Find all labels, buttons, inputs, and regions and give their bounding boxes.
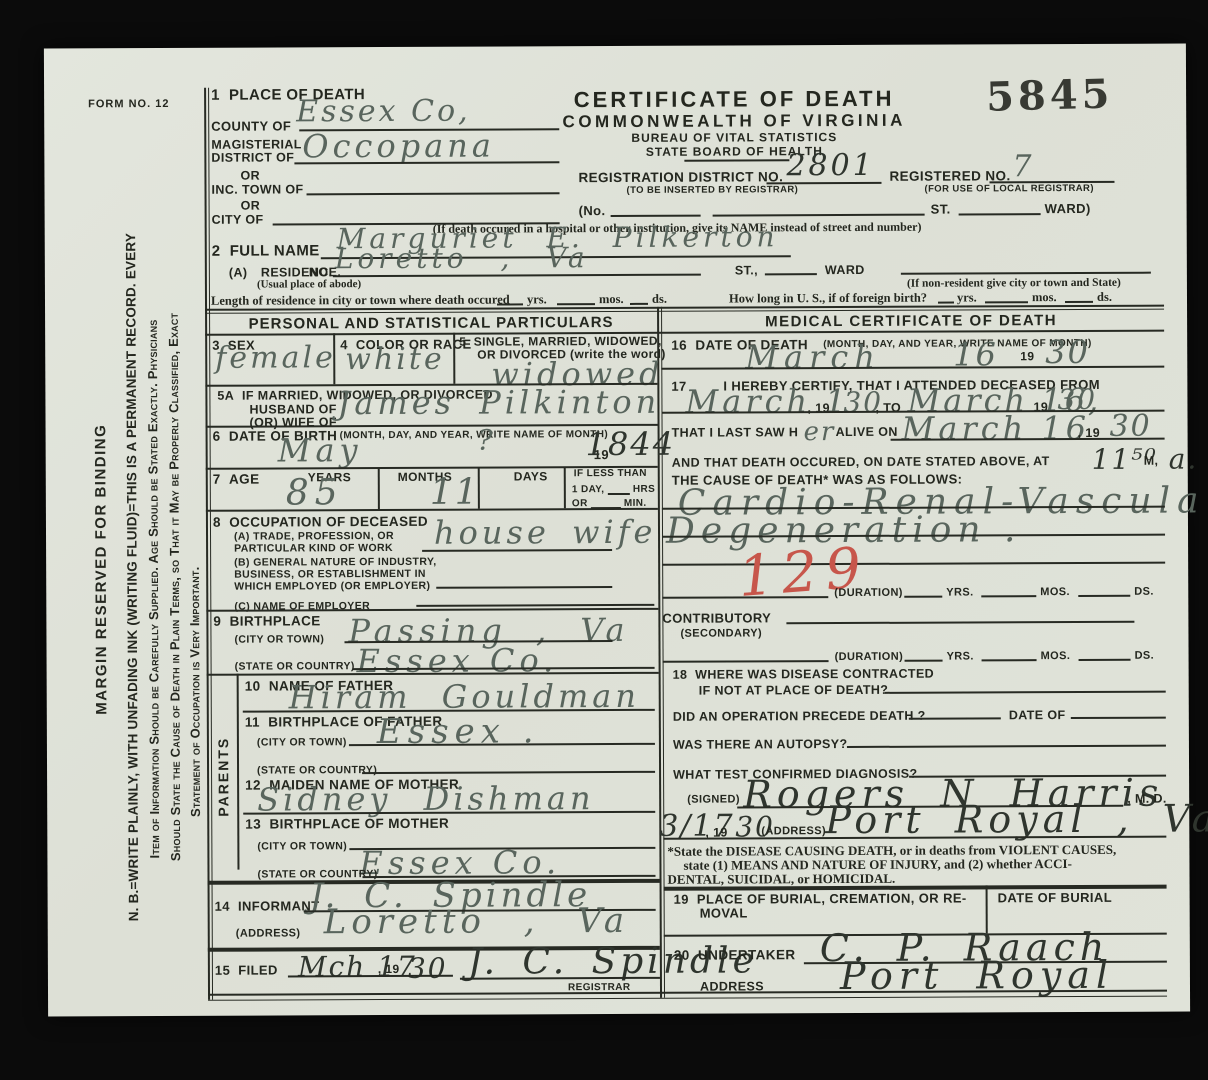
underline [847,745,1166,748]
how-long-in-us-label: How long in U. S., if of foreign birth? [729,292,927,307]
city-of-label: CITY OF [212,213,264,227]
birthplace-heading: 9 BIRTHPLACE [213,613,320,629]
underline [416,604,654,607]
field-number: 5A [217,389,234,403]
undertaker-label: UNDERTAKER [698,947,796,962]
local-registrar-note: (FOR USE OF LOCAL REGISTRAR) [924,184,1093,195]
secondary-label: (SECONDARY) [680,627,762,640]
mos-label: mos. [1032,291,1057,305]
occupation-b-label3: WHICH EMPLOYED (OR EMPLOYER) [234,581,430,594]
birthplace-label: BIRTHPLACE [230,613,321,628]
age-years-value: 85 [286,475,344,511]
certificate-number-stamp: 5845 [986,71,1114,121]
residence-street-label: ST., [735,263,758,277]
margin-note-line1: N. B.=WRITE PLAINLY, WITH UNFADING INK (… [123,233,141,921]
footnote-line3: DENTAL, SUICIDAL, or HOMICIDAL. [667,872,895,887]
section-number: 1 [211,87,220,104]
to-label: , TO [875,401,901,415]
underline [713,214,925,217]
field-number: 15 [215,963,230,978]
residence-no-label: NO. [309,265,332,279]
yrs-label: yrs. [957,291,977,305]
or-label: OR [240,169,260,183]
underline [630,303,648,305]
duration2-mos-label: MOS. [1041,650,1071,662]
last-saw-label2: ALIVE ON [836,425,898,439]
mother-birthplace-label: BIRTHPLACE OF MOTHER [269,816,449,832]
underline [436,586,612,588]
field-number: 10 [245,679,261,694]
father-state-label: (STATE OR COUNTRY) [257,765,377,777]
field-number: 20 [674,948,690,963]
column-divider [661,307,666,998]
underline [1065,301,1093,303]
duration-ds-label: DS. [1134,586,1154,598]
occupation-label: OCCUPATION OF DECEASED [229,514,428,530]
underline [333,274,701,277]
field-number: 6 [213,429,221,444]
certificate-title: CERTIFICATE OF DEATH [574,87,895,113]
residence-value: Loretto , Va [335,244,589,273]
registration-district-label: REGISTRATION DISTRICT NO. [578,169,783,185]
birthplace-state-label: (STATE OR COUNTRY) [235,661,355,673]
underline [959,213,1041,215]
full-name-label: FULL NAME [230,242,320,259]
date-of-burial-label: DATE OF BURIAL [998,891,1112,906]
father-city-label: (CITY OR TOWN) [257,737,347,749]
age-months-value: 11 [430,475,480,511]
scanned-death-certificate: FORM NO. 12 MARGIN RESERVED FOR BINDING … [0,0,1208,1080]
underline [981,595,1036,597]
mother-birthplace-heading: 13 BIRTHPLACE OF MOTHER [245,816,449,832]
margin-binding-text: MARGIN RESERVED FOR BINDING [93,424,111,715]
time-m-label: M, [1144,454,1159,468]
district-of-label: DISTRICT OF [211,150,294,164]
duration2-yrs-label: YRS. [947,650,974,662]
duration2-ds-label: DS. [1135,650,1155,662]
parents-label: PARENTS [216,737,232,817]
underline [1078,595,1130,597]
underline [684,159,789,161]
dob-year-value: 1844 [586,428,676,460]
underline [786,621,1134,624]
death-year-prefix: 19 [1020,350,1034,363]
underline [982,659,1037,661]
one-day-label: 1 DAY, [572,484,605,495]
disease-contracted-label: WHERE WAS DISEASE CONTRACTED [695,667,934,682]
undertaker-heading: 20 UNDERTAKER [674,947,796,963]
age-label: AGE [229,472,260,487]
signature-address-label: (ADDRESS) [761,825,826,838]
duration-mos-label: MOS. [1040,586,1070,598]
margin-note-line4: Statement of Occupation is Very Importan… [188,567,204,818]
underline [557,303,595,305]
underline [1079,659,1131,661]
occupation-value: house wife [434,516,657,549]
underline [909,717,1001,719]
signed-label: (SIGNED) [687,793,740,806]
underline [885,691,1166,694]
medical-certificate-title: MEDICAL CERTIFICATE OF DEATH [765,313,1057,331]
field-number: 5 [459,335,466,349]
county-label: COUNTY OF [211,119,291,134]
physician-address-value: Port Royal , Va [825,799,1208,839]
dob-day-value: ? [478,427,495,455]
underline [985,301,1028,303]
registrar-insert-note: (TO BE INSERTED BY REGISTRAR) [626,185,798,196]
nonresident-note: (If non-resident give city or town and S… [907,277,1121,291]
last-saw-her: er [804,419,836,445]
autopsy-label: WAS THERE AN AUTOPSY? [673,737,848,752]
race-value: white [345,345,445,375]
from-year-prefix: , 19 [807,401,830,415]
underline [608,493,630,495]
cell-divider [378,468,380,509]
field-number: 19 [674,892,689,907]
or-label: OR [241,199,261,213]
last-saw-label1: THAT I LAST SAW H [672,425,799,440]
margin-note-line2: Item of Information Should be Carefully … [146,320,163,859]
county-value: Essex Co, [296,97,471,128]
filed-heading: 15 FILED [215,963,278,978]
birthplace-city-label: (CITY OR TOWN) [234,634,324,646]
length-of-residence-label: Length of residence in city or town wher… [211,293,510,308]
burial-label-line2: MOVAL [700,906,748,921]
underline [765,273,817,275]
field-number: 7 [213,472,221,487]
duration-label: (DURATION) [834,587,903,600]
duration2-label: (DURATION) [835,651,904,664]
personal-particulars-title: PERSONAL AND STATISTICAL PARTICULARS [249,315,614,333]
cell-divider [453,333,455,384]
field-number: 9 [213,614,221,629]
underline [905,660,943,662]
death-occured-label: AND THAT DEATH OCCURED, ON DATE STATED A… [672,454,1050,470]
field-number: 16 [671,338,687,353]
disease-contracted-heading: 18 WHERE WAS DISEASE CONTRACTED [673,667,935,682]
date-of-operation-label: DATE OF [1009,708,1066,722]
burial-label-line1: PLACE OF BURIAL, CREMATION, OR RE- [697,890,967,906]
bottom-rule [208,995,1167,1001]
underline [307,192,560,195]
field-number: 14 [215,899,230,914]
underline [663,660,829,662]
underline [1071,717,1166,719]
mother-state-value: Essex Co. [359,846,561,879]
full-name-heading: 2 FULL NAME [212,243,320,260]
underline [904,596,942,598]
days-label: DAYS [514,470,548,484]
if-not-at-place-label: IF NOT AT PLACE OF DEATH? [699,683,889,698]
filed-year-value: 30 [408,955,448,983]
filed-label: FILED [238,962,278,977]
street-label: ST. [931,203,951,218]
field-number: 13 [245,817,261,832]
hrs-label: HRS [633,484,655,495]
underline [611,215,701,217]
residence-a-label: (A) [229,266,248,280]
death-year-value: 30 [1045,336,1090,368]
abode-note: (Usual place of abode) [257,278,361,291]
father-state-value: Essex . [377,714,540,749]
dob-note: (MONTH, DAY, AND YEAR, WRITE NAME OF MON… [340,429,609,441]
informant-address-label: (ADDRESS) [236,927,301,940]
informant-heading: 14 INFORMANT [215,899,320,914]
commonwealth-title: COMMONWEALTH OF VIRGINIA [562,111,905,132]
underline [362,771,655,774]
street-no-label: (No. [579,204,606,219]
operation-precede-label: DID AN OPERATION PRECEDE DEATH ? [673,709,926,724]
informant-address-value: Loretto , Va [324,904,629,939]
age-heading: 7 AGE [213,472,260,487]
inc-town-label: INC. TOWN OF [211,182,303,196]
magisterial-value: Occopana [302,130,495,163]
form-number: FORM NO. 12 [88,98,169,111]
cell-divider [564,467,566,508]
if-less-than-label: IF LESS THAN [574,468,647,480]
contributory-label: CONTRIBUTORY [662,611,771,626]
field-number: 11 [245,715,260,730]
dob-month-value: May [278,434,363,466]
ds-label: ds. [1097,291,1112,305]
duration-yrs-label: YRS. [946,586,973,598]
registered-no-value: 7 [1012,152,1033,182]
ward-label: WARD) [1045,202,1091,217]
parents-divider [237,674,239,870]
field-number: 8 [213,515,221,530]
field-number: 18 [673,668,688,682]
underline [497,303,523,305]
occupation-heading: 8 OCCUPATION OF DECEASED [213,514,428,530]
underline [901,272,1151,275]
registration-district-value: 2801 [786,151,874,181]
residence-ward-label: WARD [825,263,865,277]
occupation-a-label2: PARTICULAR KIND OF WORK [234,543,393,555]
ds-label: ds. [652,293,667,307]
spouse-value: James Pilkinton [337,386,660,419]
underline [938,302,954,304]
mos-label: mos. [599,293,624,307]
yrs-label: yrs. [527,293,547,307]
section-number: 2 [212,243,221,260]
margin-note-line3: Should State the Cause of Death in Plain… [167,313,184,861]
mother-city-label: (CITY OR TOWN) [257,841,347,853]
sex-value: female [215,343,336,374]
certificate-paper: FORM NO. 12 MARGIN RESERVED FOR BINDING … [44,44,1190,1017]
